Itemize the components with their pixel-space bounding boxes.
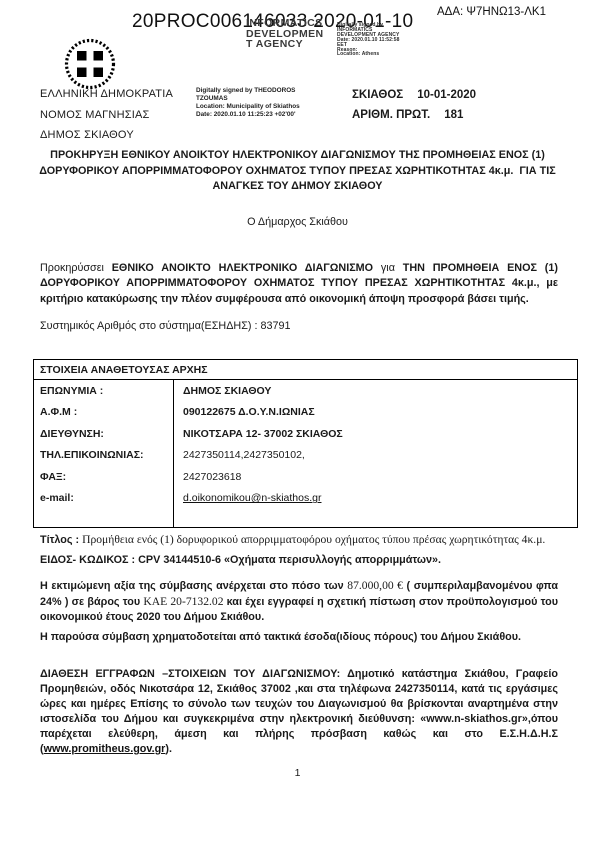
table-row-value: ΝΙΚΟΤΣΑΡΑ 12- 37002 ΣΚΙΑΘΟΣ [173, 423, 577, 445]
page-number: 1 [0, 767, 595, 779]
protocol-number-row: ΑΡΙΘΜ. ΠΡΩΤ. 181 [352, 105, 476, 125]
announcement-paragraph: Προκηρύσσει ΕΘΝΙΚΟ ΑΝΟΙΚΤΟ ΗΛΕΚΤΡΟΝΙΚΟ Δ… [40, 261, 558, 308]
stamp-agency-line: T AGENCY [246, 39, 324, 50]
cpv-paragraph: ΕΙΔΟΣ- ΚΩΔΙΚΟΣ : CPV 34144510-6 «Οχήματα… [40, 553, 558, 568]
ada-code: ΑΔΑ: Ψ7ΗΝΩ13-ΛΚ1 [437, 6, 546, 18]
table-spacer [173, 509, 577, 527]
table-row-value: 090122675 Δ.Ο.Υ.Ν.ΙΩΝΙΑΣ [173, 402, 577, 424]
cpv-value: «Οχήματα περισυλλογής απορριμμάτων». [224, 554, 441, 566]
table-row-value: 2427023618 [173, 466, 577, 488]
mayor-signature-line: Date: 2020.01.10 11:25:23 +02'00' [196, 111, 300, 119]
table-row-label: e-mail: [34, 488, 173, 510]
table-row-value: ΔΗΜΟΣ ΣΚΙΑΘΟΥ [173, 380, 577, 402]
protocol-block: ΣΚΙΑΘΟΣ 10-01-2020 ΑΡΙΘΜ. ΠΡΩΤ. 181 [352, 85, 476, 125]
authority-table-body: ΕΠΩΝΥΜΙΑ : ΔΗΜΟΣ ΣΚΙΑΘΟΥ Α.Φ.Μ : 0901226… [34, 380, 577, 527]
title-value: Προμήθεια ενός (1) δορυφορικού απορριμμα… [82, 533, 545, 546]
mayor-signature-line: TZOUMAS [196, 95, 300, 103]
details-section: Τίτλος : Προμήθεια ενός (1) δορυφορικού … [40, 532, 558, 762]
mayor-signature-line: Location: Municipality of Skiathos [196, 103, 300, 111]
document-title: ΠΡΟΚΗΡΥΞΗ ΕΘΝΙΚΟΥ ΑΝΟΙΚΤΟΥ ΗΛΕΚΤΡΟΝΙΚΟΥ … [30, 148, 565, 195]
table-row-value: 2427350114,2427350102, [173, 445, 577, 467]
budget-paragraph: Η εκτιμώμενη αξία της σύμβασης ανέρχεται… [40, 578, 558, 625]
availability-body-end: ). [165, 743, 172, 755]
table-row-value: d.oikonomikou@n-skiathos.gr [173, 488, 577, 510]
announce-seg: ΕΘΝΙΚΟ ΑΝΟΙΚΤΟ ΗΛΕΚΤΡΟΝΙΚΟ ΔΙΑΓΩΝΙΣΜΟ [112, 262, 381, 274]
funding-paragraph: Η παρούσα σύμβαση χρηματοδοτείται από τα… [40, 630, 558, 645]
letterhead-line-municipality: ΔΗΜΟΣ ΣΚΙΑΘΟΥ [40, 125, 173, 146]
protocol-number: 181 [444, 105, 463, 125]
table-row-label: ΦΑΞ: [34, 466, 173, 488]
stamp-agency-line: INFORMATICS [246, 18, 324, 29]
announce-seg: για [381, 262, 403, 274]
protocol-date: 10-01-2020 [417, 85, 476, 105]
cpv-label: ΕΙΔΟΣ- ΚΩΔΙΚΟΣ : CPV 34144510-6 [40, 554, 224, 566]
diavgeia-stamp-agency-text: INFORMATICS DEVELOPMEN T AGENCY [246, 18, 324, 50]
mayor-heading: Ο Δήμαρχος Σκιάθου [30, 216, 565, 228]
availability-label: ΔΙΑΘΕΣΗ ΕΓΓΡΑΦΩΝ –ΣΤΟΙΧΕΙΩΝ ΤΟΥ ΔΙΑΓΩΝΙΣ… [40, 668, 347, 680]
letterhead: ΕΛΛΗΝΙΚΗ ΔΗΜΟΚΡΑΤΙΑ ΝΟΜΟΣ ΜΑΓΝΗΣΙΑΣ ΔΗΜΟ… [40, 84, 173, 146]
mayor-digital-signature: Digitally signed by THEODOROS TZOUMAS Lo… [196, 87, 300, 119]
promitheus-link[interactable]: www.promitheus.gov.gr [44, 743, 166, 755]
table-row-label: ΔΙΕΥΘΥΝΣΗ: [34, 423, 173, 445]
stamp-detail-line: Location: Athens [337, 52, 400, 57]
document-availability-paragraph: ΔΙΑΘΕΣΗ ΕΓΓΡΑΦΩΝ –ΣΤΟΙΧΕΙΩΝ ΤΟΥ ΔΙΑΓΩΝΙΣ… [40, 667, 558, 757]
announce-seg: Προκηρύσσει [40, 262, 112, 274]
authority-table-header: ΣΤΟΙΧΕΙΑ ΑΝΑΘΕΤΟΥΣΑΣ ΑΡΧΗΣ [34, 360, 577, 380]
table-row-label: ΕΠΩΝΥΜΙΑ : [34, 380, 173, 402]
budget-kae-code: ΚΑΕ 20-7132.02 [143, 595, 226, 608]
title-paragraph: Τίτλος : Προμήθεια ενός (1) δορυφορικού … [40, 532, 558, 548]
table-row-label: ΤΗΛ.ΕΠΙΚΟΙΝΩΝΙΑΣ: [34, 445, 173, 467]
budget-seg: Η εκτιμώμενη αξία της σύμβασης ανέρχεται… [40, 580, 347, 592]
email-link[interactable]: d.oikonomikou@n-skiathos.gr [183, 492, 321, 504]
availability-body: Δημοτικό κατάστημα Σκιάθου, Γραφείο Προμ… [40, 668, 558, 755]
letterhead-line-republic: ΕΛΛΗΝΙΚΗ ΔΗΜΟΚΡΑΤΙΑ [40, 84, 173, 105]
table-spacer [34, 509, 173, 527]
protocol-number-label: ΑΡΙΘΜ. ΠΡΩΤ. [352, 105, 430, 125]
diavgeia-stamp-signature-details: Digitally signed by INFORMATICS DEVELOPM… [337, 23, 400, 57]
protocol-place-label: ΣΚΙΑΘΟΣ [352, 85, 403, 105]
esidis-system-number: Συστημικός Αριθμός στο σύστημα(ΕΣΗΔΗΣ) :… [40, 320, 291, 332]
mayor-signature-line: Digitally signed by THEODOROS [196, 87, 300, 95]
budget-amount: 87.000,00 € [347, 579, 406, 592]
document-page: 20PROC006146033 2020-01-10 ΑΔΑ: Ψ7ΗΝΩ13-… [0, 0, 595, 842]
title-label: Τίτλος : [40, 534, 82, 546]
contracting-authority-table: ΣΤΟΙΧΕΙΑ ΑΝΑΘΕΤΟΥΣΑΣ ΑΡΧΗΣ ΕΠΩΝΥΜΙΑ : ΔΗ… [33, 359, 578, 528]
table-row-label: Α.Φ.Μ : [34, 402, 173, 424]
letterhead-line-prefecture: ΝΟΜΟΣ ΜΑΓΝΗΣΙΑΣ [40, 105, 173, 126]
protocol-place-date: ΣΚΙΑΘΟΣ 10-01-2020 [352, 85, 476, 105]
